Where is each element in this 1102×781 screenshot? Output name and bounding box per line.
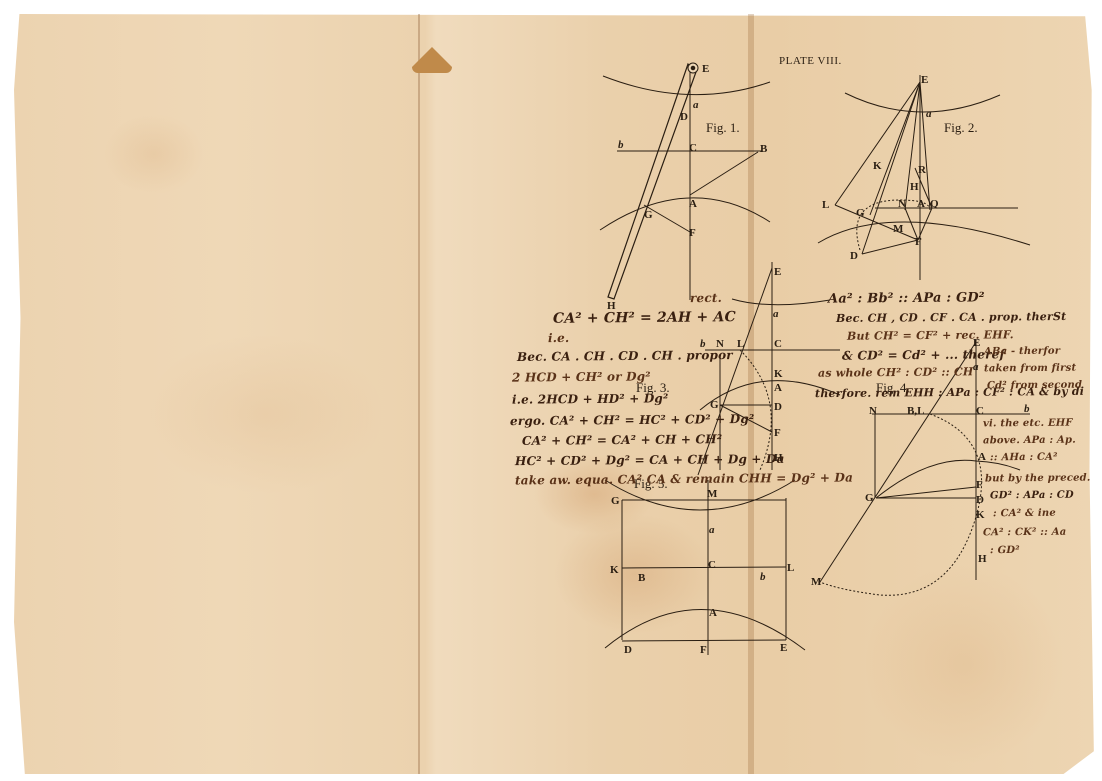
svg-text:G: G xyxy=(710,399,719,411)
svg-text:N: N xyxy=(898,198,906,210)
note-line: & CD² = Cd² + ... theref xyxy=(842,347,1005,362)
svg-text:D: D xyxy=(976,494,984,506)
svg-text:a: a xyxy=(926,108,932,120)
fig1-caption: Fig. 1. xyxy=(706,120,740,135)
svg-text:N: N xyxy=(869,405,877,417)
note-line: Aa² : Bb² :: APa : GD² xyxy=(828,290,985,306)
note-line: CA² + CH² = 2AH + AC xyxy=(553,309,736,327)
svg-text:K: K xyxy=(873,160,882,172)
svg-text:K: K xyxy=(774,368,783,380)
svg-text:C: C xyxy=(689,142,697,154)
svg-text:b: b xyxy=(1024,403,1030,415)
note-line: CA² + CH² = CA² + CH + CH² xyxy=(522,432,722,448)
svg-text:M: M xyxy=(893,223,904,235)
svg-text:K: K xyxy=(610,564,619,576)
svg-text:B: B xyxy=(638,572,646,584)
note-line: vi. the etc. EHF xyxy=(983,418,1073,430)
svg-text:A: A xyxy=(774,382,782,394)
svg-text:a: a xyxy=(709,524,715,536)
note-line: Cd² from second xyxy=(987,380,1082,392)
note-line: But CH² = CF² + rec. EHF. xyxy=(847,328,1014,342)
svg-text:F: F xyxy=(700,644,707,656)
svg-text:B,L: B,L xyxy=(907,405,924,417)
svg-text:A: A xyxy=(709,607,717,619)
note-line: :: AHa : CA² xyxy=(990,452,1058,464)
note-line: Bec. CA . CH . CD . CH . propor xyxy=(517,348,733,364)
note-line: CA² : CK² :: Aa xyxy=(983,527,1066,539)
svg-text:a: a xyxy=(773,308,779,320)
note-line: taken from first xyxy=(984,363,1076,375)
note-line: above. APa : Ap. xyxy=(983,435,1076,447)
note-line: i.e. 2HCD + HD² + Dg² xyxy=(512,391,669,406)
svg-text:M: M xyxy=(811,576,822,588)
svg-text:A: A xyxy=(689,198,697,210)
svg-text:L: L xyxy=(822,199,829,211)
note-line: i.e. xyxy=(548,331,569,345)
note-line: : GD² xyxy=(990,545,1020,556)
svg-text:K: K xyxy=(976,509,985,521)
svg-text:L: L xyxy=(787,562,794,574)
note-line: ergo. CA² + CH² = HC² + CD² + Dg² xyxy=(510,412,755,428)
svg-text:M: M xyxy=(707,488,718,500)
note-line: ABa - therfor xyxy=(984,346,1060,358)
svg-text:D: D xyxy=(850,250,858,262)
svg-text:Fig. 2.: Fig. 2. xyxy=(944,120,978,135)
svg-text:Q: Q xyxy=(930,198,939,210)
svg-text:G: G xyxy=(865,492,874,504)
note-line: rect. xyxy=(690,291,722,305)
svg-text:C: C xyxy=(708,559,716,571)
note-line: GD² : APa : CD xyxy=(990,490,1074,502)
note-line: take aw. equa. CA² CA & remain CHH = Dg²… xyxy=(515,471,853,488)
note-line: : CA² & ine xyxy=(993,508,1056,520)
svg-text:D: D xyxy=(774,401,782,413)
svg-text:D: D xyxy=(680,111,688,123)
svg-text:R: R xyxy=(918,164,927,176)
svg-text:F: F xyxy=(915,236,922,248)
svg-text:b: b xyxy=(760,571,766,583)
svg-text:F: F xyxy=(976,479,983,491)
svg-text:H: H xyxy=(978,553,987,565)
note-line: HC² + CD² + Dg² = CA + CH + Dg + Da xyxy=(515,452,785,468)
note-line: Bec. CH , CD . CF . CA . prop. therSt xyxy=(836,310,1066,325)
svg-text:H: H xyxy=(910,181,919,193)
svg-text:F: F xyxy=(689,227,696,239)
svg-text:G: G xyxy=(856,207,865,219)
svg-text:a: a xyxy=(693,99,699,111)
svg-text:L: L xyxy=(737,338,744,350)
svg-text:D: D xyxy=(624,644,632,656)
svg-text:C: C xyxy=(976,405,984,417)
svg-text:F: F xyxy=(774,427,781,439)
figure-1 xyxy=(600,63,770,300)
svg-text:A: A xyxy=(917,198,925,210)
svg-text:A: A xyxy=(978,451,986,463)
svg-text:E: E xyxy=(774,266,781,278)
svg-text:G: G xyxy=(611,495,620,507)
figure-5 xyxy=(605,480,805,655)
note-line: as whole CH² : CD² :: CH xyxy=(818,365,974,379)
svg-text:E: E xyxy=(702,63,709,75)
svg-text:b: b xyxy=(618,139,624,151)
svg-text:E: E xyxy=(921,74,928,86)
note-line: but by the preced. xyxy=(985,473,1091,485)
svg-text:E: E xyxy=(780,642,787,654)
svg-text:B: B xyxy=(760,143,768,155)
svg-text:C: C xyxy=(774,338,782,350)
svg-text:G: G xyxy=(644,209,653,221)
note-line: 2 HCD + CH² or Dg² xyxy=(512,369,651,384)
